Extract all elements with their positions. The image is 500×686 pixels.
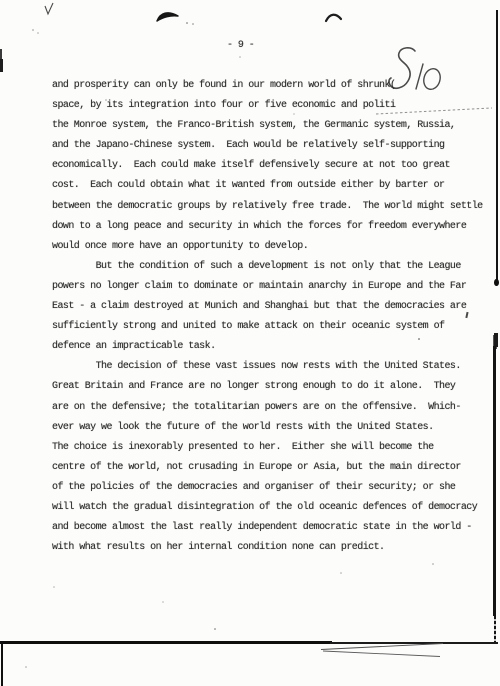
text-line: space, by its integration into four or f… bbox=[52, 96, 498, 116]
text-line: of the policies of the democracies and o… bbox=[52, 478, 498, 498]
scanned-document-page: - 9 - and prosperity can only be found i… bbox=[0, 0, 500, 686]
crease-chevron-lines bbox=[318, 641, 446, 659]
page-edge-blob bbox=[494, 279, 499, 286]
text-line: powers no longer claim to dominate or ma… bbox=[52, 277, 498, 297]
page-number: - 9 - bbox=[227, 40, 254, 51]
text-line: are on the defensive; the totalitarian p… bbox=[52, 398, 498, 418]
page-edge-line-faint bbox=[494, 616, 496, 643]
edge-smudge bbox=[0, 49, 2, 59]
bottom-left-edge-line bbox=[1, 643, 4, 686]
crease-mark-icon bbox=[324, 11, 343, 23]
text-line: and the Japano-Chinese system. Each woul… bbox=[52, 136, 498, 156]
crease-mark-icon bbox=[155, 9, 181, 23]
text-line: would once more have an opportunity to d… bbox=[52, 237, 498, 257]
page-edge-line bbox=[496, 10, 499, 283]
page-edge-mark bbox=[494, 333, 498, 347]
text-line: East - a claim destroyed at Munich and S… bbox=[52, 297, 498, 317]
text-line: and become almost the last really indepe… bbox=[52, 518, 498, 538]
paper-specks bbox=[0, 0, 2, 2]
text-line: But the condition of such a development … bbox=[52, 257, 498, 277]
text-line: The choice is inexorably presented to he… bbox=[52, 438, 498, 458]
text-line: Great Britain and France are no longer s… bbox=[52, 377, 498, 397]
text-line: down to a long peace and security in whi… bbox=[52, 217, 498, 237]
text-line: sufficiently strong and united to make a… bbox=[52, 317, 498, 337]
text-line: defence an impracticable task. bbox=[52, 337, 498, 357]
bottom-edge-line bbox=[0, 641, 332, 644]
text-line: centre of the world, not crusading in Eu… bbox=[52, 458, 498, 478]
text-line: between the democratic groups by relativ… bbox=[52, 197, 498, 217]
check-mark-icon bbox=[43, 1, 55, 16]
text-line: ever way we look the future of the world… bbox=[52, 418, 498, 438]
document-body-text: and prosperity can only be found in our … bbox=[52, 76, 498, 558]
text-line: cost. Each could obtain what it wanted f… bbox=[52, 176, 498, 196]
page-edge-line bbox=[493, 346, 496, 616]
edge-smudge bbox=[0, 59, 3, 72]
text-line: The decision of these vast issues now re… bbox=[52, 357, 498, 377]
text-line: and prosperity can only be found in our … bbox=[52, 76, 498, 96]
text-line: the Monroe system, the Franco-British sy… bbox=[52, 116, 498, 136]
text-line: will watch the gradual disintegration of… bbox=[52, 498, 498, 518]
text-line: economically. Each could make itself def… bbox=[52, 156, 498, 176]
text-line: with what results on her internal condit… bbox=[52, 538, 498, 558]
